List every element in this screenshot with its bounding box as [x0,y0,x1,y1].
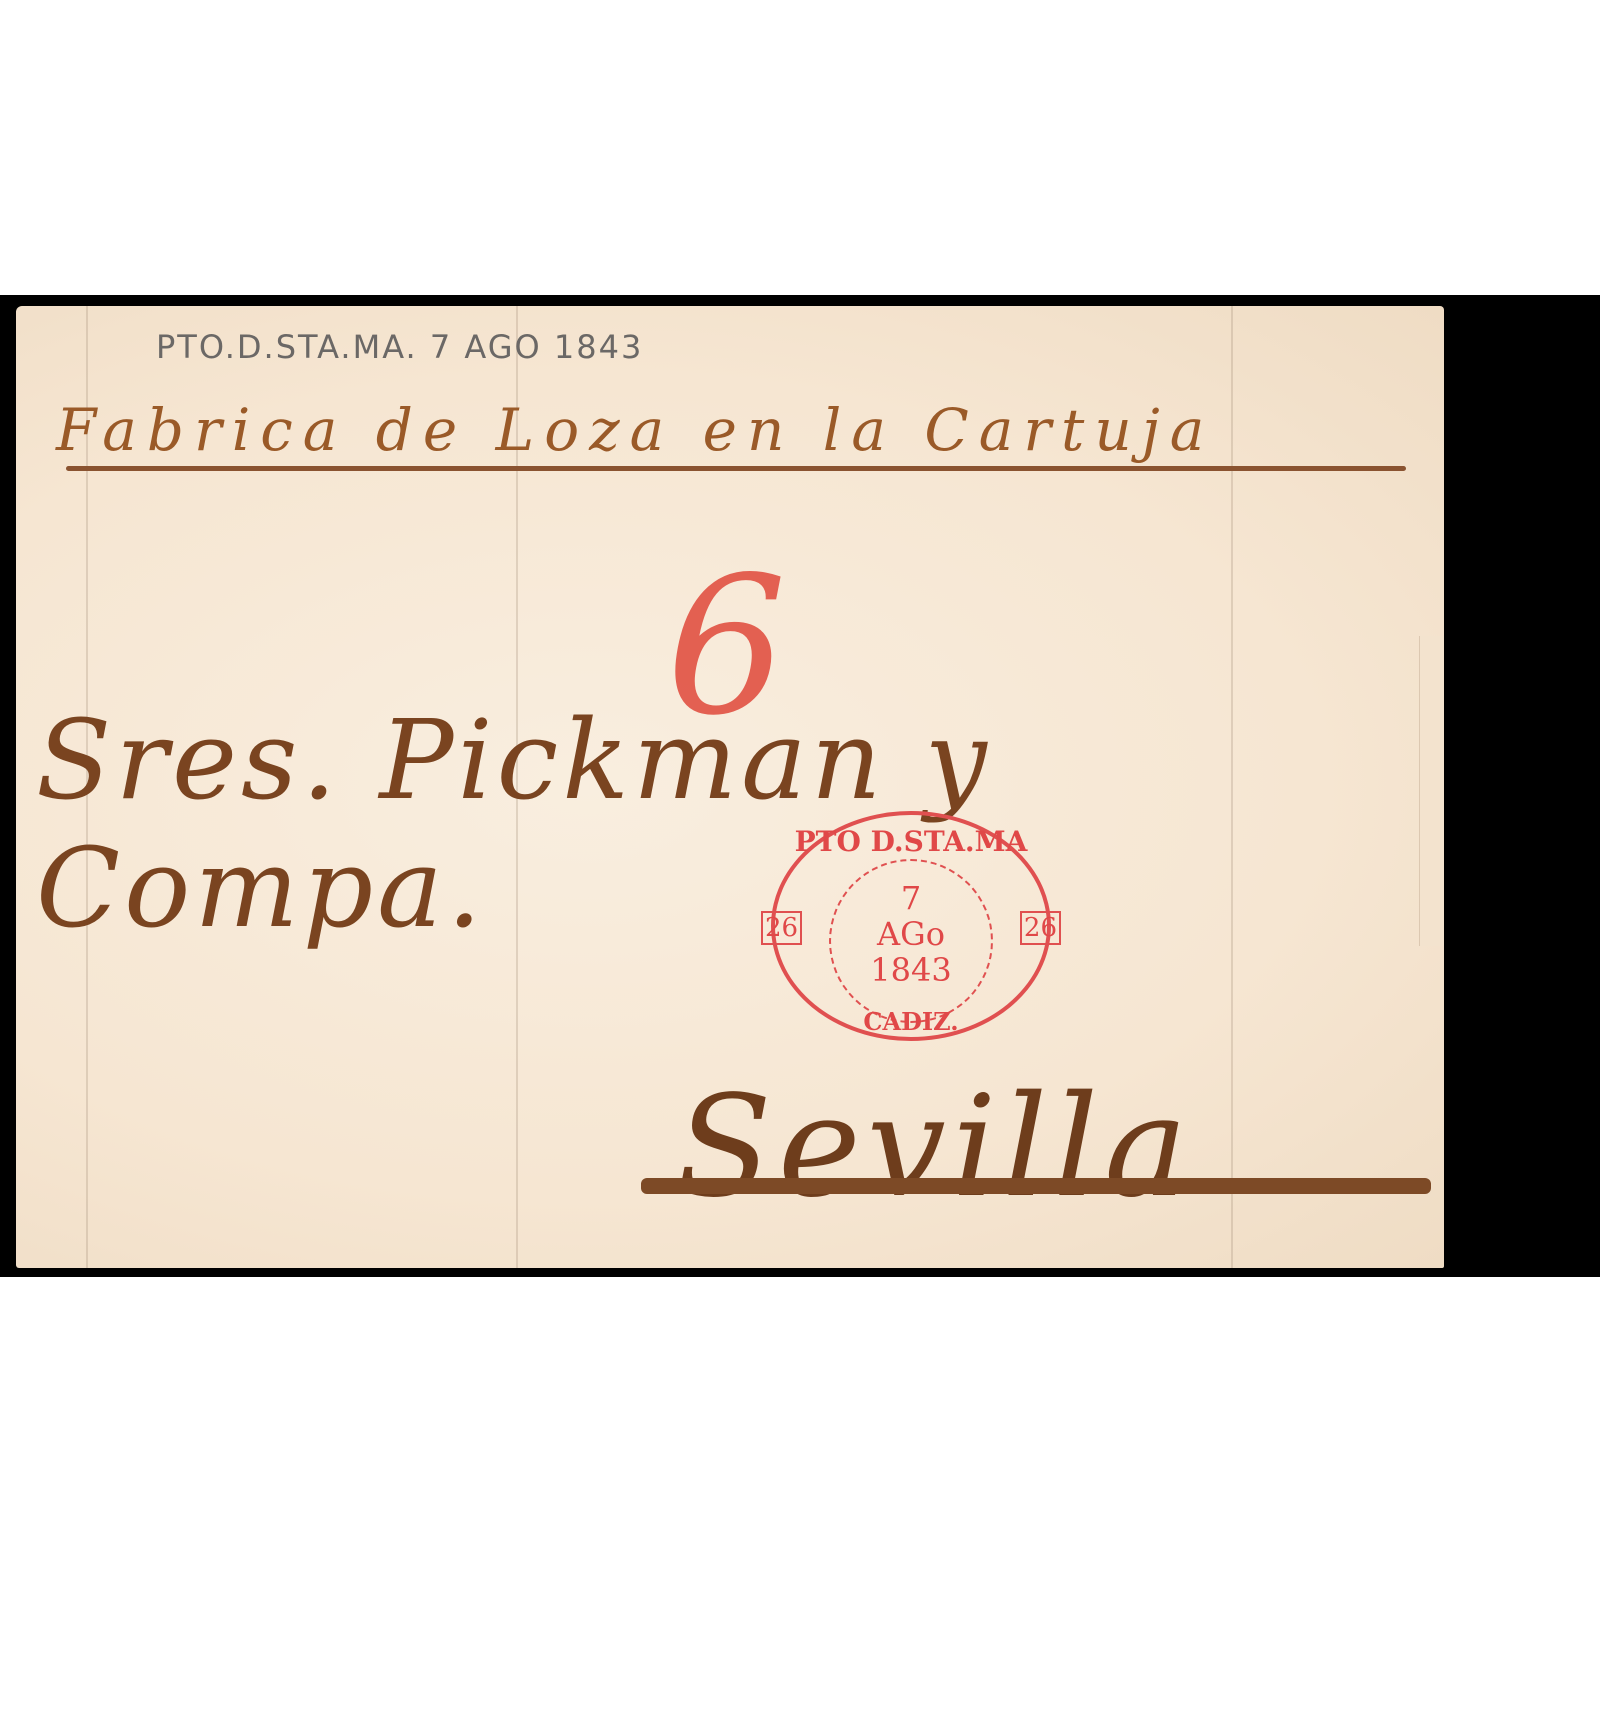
sender-line: Fabrica de Loza en la Cartuja [56,396,1214,464]
destination-city: Sevilla [676,1066,1194,1229]
destination-underline [641,1178,1431,1194]
sender-underline [66,466,1406,471]
postmark-bottom-text: CADIZ. [761,1007,1061,1036]
postmark-day: 7 [761,879,1061,917]
postmark-month: AGo [761,915,1061,953]
postmark-year: 1843 [761,951,1061,989]
addressee: Sres. Pickman y Compa. [36,696,1444,952]
postmark-top-text: PTO D.STA.MA [761,825,1061,858]
postmark: PTO D.STA.MA 26 26 7 AGo 1843 CADIZ. [761,811,1061,1041]
postal-cover: PTO.D.STA.MA. 7 AGO 1843 Fabrica de Loza… [16,306,1444,1268]
pencil-annotation: PTO.D.STA.MA. 7 AGO 1843 [156,328,643,366]
